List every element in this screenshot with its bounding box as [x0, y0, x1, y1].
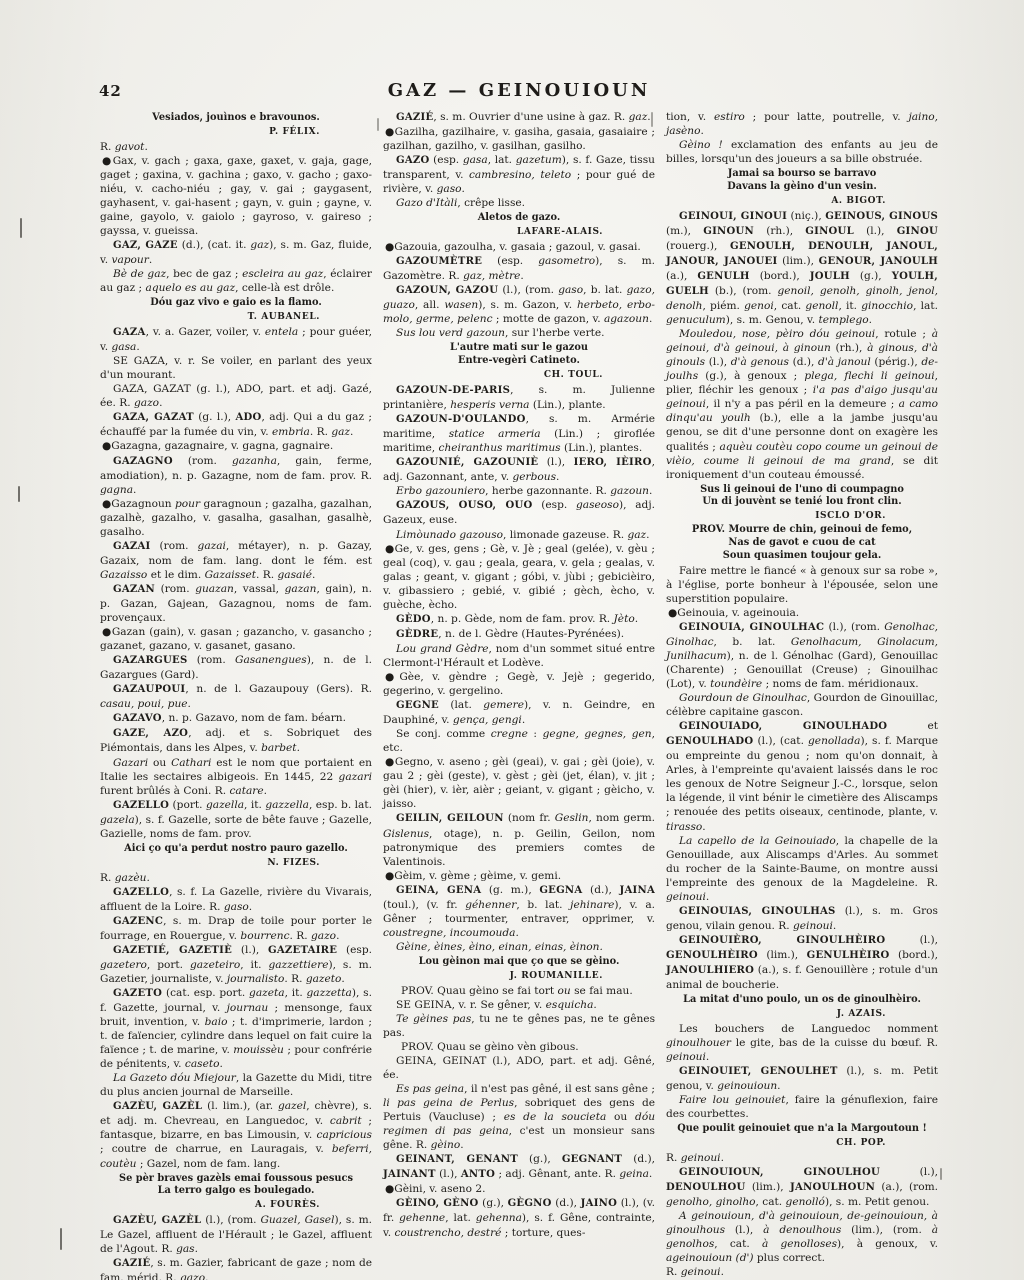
dictionary-entry: GAZO (esp. gasa, lat. gazetum), s. f. Ga… [383, 153, 655, 196]
author-attribution: A. BIGOT. [666, 195, 938, 207]
dictionary-entry: Gèino ! exclamation des enfants au jeu d… [666, 138, 938, 166]
verse-line: Se pèr braves gazèls emai foussous pesuc… [100, 1173, 372, 1186]
dictionary-entry: A geinouioun, d'à geinouioun, de-geinoui… [666, 1209, 938, 1265]
dictionary-entry: Erbo gazouniero, herbe gazonnante. R. ga… [383, 484, 655, 498]
dictionary-entry: GAZELLO (port. gazella, it. gazzella, es… [100, 798, 372, 841]
author-attribution: CH. TOUL. [383, 369, 655, 381]
dictionary-entry: GAZENC, s. m. Drap de toile pour porter … [100, 914, 372, 943]
verse-quotation: Que poulit geinouiet que n'a la Margouto… [666, 1123, 938, 1136]
dictionary-entry: Mouledou, nose, pèiro dóu geinoui, rotul… [666, 327, 938, 482]
dictionary-entry: GAZOUN, GAZOU (l.), (rom. gaso, b. lat. … [383, 283, 655, 326]
paragraph: tion, v. estiro ; pour latte, poutrelle,… [666, 110, 938, 138]
cross-reference-list: ●Gax, v. gach ; gaxa, gaxe, gaxet, v. ga… [100, 154, 372, 238]
verse-line: Aletos de gazo. [383, 212, 655, 225]
dictionary-entry: GAZOUS, OUSO, OUO (esp. gaseoso), adj. G… [383, 498, 655, 527]
verse-quotation: PROV. Mourre de chin, geinoui de femo,Na… [666, 524, 938, 562]
verse-quotation: Se pèr braves gazèls emai foussous pesuc… [100, 1173, 372, 1199]
cross-reference-list: ●Geinouia, v. ageinouia. [666, 606, 938, 620]
verse-line: Davans la gèino d'un vesin. [666, 181, 938, 194]
dictionary-entry: GAZIÉ, s. m. Gazier, fabricant de gaze ;… [100, 1256, 372, 1280]
verse-line: Aici ço qu'a perdut nostro pauro gazello… [100, 843, 372, 856]
dictionary-entry: Limòunado gazouso, limonade gazeuse. R. … [383, 528, 655, 542]
cross-reference-list: ●Gazagnoun pour garagnoun ; gazalha, gaz… [100, 497, 372, 539]
dictionary-entry: Gèine, èines, èino, einan, einas, èinon. [383, 940, 655, 954]
dictionary-entry: GÈINO, GÈNO (g.), GÈGNO (d.), JAINO (l.)… [383, 1196, 655, 1239]
scan-artifact-mark [940, 1168, 942, 1180]
text-column-3: tion, v. estiro ; pour latte, poutrelle,… [666, 110, 938, 1280]
dictionary-entry: GAZE, AZO, adj. et s. Sobriquet des Piém… [100, 726, 372, 755]
dictionary-entry: Gourdoun de Ginoulhac, Gourdon de Ginoui… [666, 691, 938, 719]
dictionary-entry: Te gèines pas, tu ne te gênes pas, ne te… [383, 1012, 655, 1040]
dictionary-entry: Les bouchers de Languedoc nomment ginoul… [666, 1022, 938, 1064]
dictionary-entry: GEINOUIET, GENOULHET (l.), s. m. Petit g… [666, 1064, 938, 1093]
dictionary-entry: GAZOUN-DE-PARIS, s. m. Julienne printani… [383, 383, 655, 412]
verse-quotation: Aici ço qu'a perdut nostro pauro gazello… [100, 843, 372, 856]
verse-line: Jamai sa bourso se barravo [666, 168, 938, 181]
paragraph: R. geinoui. [666, 1151, 938, 1165]
cross-reference-list: ●Gegno, v. aseno ; gèi (geai), v. gai ; … [383, 755, 655, 811]
cross-reference-list: ●Gèini, v. aseno 2. [383, 1182, 655, 1196]
dictionary-entry: GEINA, GEINAT (l.), ADO, part. et adj. G… [383, 1054, 655, 1082]
dictionary-entry: GEINOUIOUN, GINOULHOU (l.), DENOULHOU (l… [666, 1165, 938, 1209]
cross-reference-list: ●Ge, v. ges, gens ; Gè, v. Jè ; geal (ge… [383, 542, 655, 612]
dictionary-entry: Gazari ou Cathari est le nom que portaie… [100, 756, 372, 798]
verse-quotation: Sus li geinoui de l'uno di coumpagnoUn d… [666, 484, 938, 510]
dictionary-entry: GAZARGUES (rom. Gasanengues), n. de l. G… [100, 653, 372, 682]
dictionary-entry: GÈDO, n. p. Gède, nom de fam. prov. R. J… [383, 612, 655, 627]
verse-quotation: Jamai sa bourso se barravoDavans la gèin… [666, 168, 938, 194]
dictionary-entry: GEINOUIAS, GINOULHAS (l.), s. m. Gros ge… [666, 904, 938, 933]
cross-reference-list: ●Gazan (gain), v. gasan ; gazancho, v. g… [100, 625, 372, 653]
author-attribution: P. FÉLIX. [100, 126, 372, 138]
running-head: GAZ — GEINOUIOUN [100, 80, 938, 101]
dictionary-entry: GAZAN (rom. guazan, vassal, gazan, gain)… [100, 582, 372, 625]
dictionary-entry: SE GEINA, v. r. Se gêner, v. esquicha. [383, 998, 655, 1012]
dictionary-entry: GEGNE (lat. gemere), v. n. Geindre, en D… [383, 698, 655, 727]
dictionary-entry: GAZAVO, n. p. Gazavo, nom de fam. béarn. [100, 711, 372, 726]
dictionary-entry: GEINOUIÈRO, GINOULHÈIRO (l.), GENOULHÈIR… [666, 933, 938, 992]
dictionary-entry: GAZÈU, GAZÈL (l. lim.), (ar. gazel, chèv… [100, 1099, 372, 1170]
verse-line: Sus li geinoui de l'uno di coumpagno [666, 484, 938, 497]
dictionary-entry: Gazo d'Itàli, crêpe lisse. [383, 196, 655, 210]
dictionary-entry: GAZETIÉ, GAZETIÈ (l.), GAZETAIRE (esp. g… [100, 943, 372, 986]
verse-quotation: L'autre mati sur le gazouEntre-vegèri Ca… [383, 342, 655, 368]
dictionary-entry: GAZOUN-D'OULANDO, s. m. Armérie maritime… [383, 412, 655, 455]
verse-line: Entre-vegèri Catineto. [383, 355, 655, 368]
proverb-line: PROV. Quau se gèino vèn gibous. [383, 1040, 655, 1054]
cross-reference-list: ●Gèim, v. gème ; gèime, v. gemi. [383, 869, 655, 883]
dictionary-entry: Faire mettre le fiancé « à genoux sur sa… [666, 564, 938, 606]
verse-line: Vesiados, jouìnos e bravounos. [100, 112, 372, 125]
verse-line: PROV. Mourre de chin, geinoui de femo, [666, 524, 938, 537]
text-column-2: GAZIÉ, s. m. Ouvrier d'une usine à gaz. … [383, 110, 655, 1280]
dictionary-entry: GEINOUI, GINOUI (niç.), GEINOUS, GINOUS … [666, 209, 938, 327]
verse-line: L'autre mati sur le gazou [383, 342, 655, 355]
dictionary-entry: GAZAGNO (rom. gazanha, gain, ferme, amod… [100, 454, 372, 497]
verse-quotation: Lou gèinon mai que ço que se gèino. [383, 956, 655, 969]
proverb-line: PROV. Quau gèino se fai tort ou se fai m… [383, 984, 655, 998]
dictionary-entry: GAZELLO, s. f. La Gazelle, rivière du Vi… [100, 885, 372, 914]
dictionary-entry: La capello de la Geinouiado, la chapelle… [666, 834, 938, 904]
dictionary-entry: GAZA, GAZAT (g. l.), ADO, part. et adj. … [100, 382, 372, 410]
dictionary-entry: GAZIÉ, s. m. Ouvrier d'une usine à gaz. … [383, 110, 655, 125]
dictionary-entry: GAZOUNIÉ, GAZOUNIÈ (l.), IERO, IÈIRO, ad… [383, 455, 655, 484]
author-attribution: ISCLO D'OR. [666, 510, 938, 522]
dictionary-entry: Bè de gaz, bec de gaz ; escleira au gaz,… [100, 267, 372, 295]
verse-line: Nas de gavot e cuou de cat [666, 537, 938, 550]
verse-line: Soun quasimen toujour gela. [666, 550, 938, 563]
dictionary-entry: GAZA, v. a. Gazer, voiler, v. entela ; p… [100, 325, 372, 354]
cross-reference-list: ●Gèe, v. gèndre ; Gegè, v. Jejè ; gegeri… [383, 670, 655, 698]
scan-artifact-mark [60, 1228, 62, 1250]
author-attribution: J. AZAIS. [666, 1008, 938, 1020]
dictionary-entry: GAZÈU, GAZÈL (l.), (rom. Guazel, Gasel),… [100, 1213, 372, 1256]
scan-artifact-mark [377, 118, 379, 131]
author-attribution: J. ROUMANILLE. [383, 970, 655, 982]
dictionary-entry: GAZETO (cat. esp. port. gazeta, it. gazz… [100, 986, 372, 1071]
dictionary-entry: La Gazeto dóu Miejour, la Gazette du Mid… [100, 1071, 372, 1099]
paragraph: R. gazèu. [100, 871, 372, 885]
paragraph: R. geinoui. [666, 1265, 938, 1279]
dictionary-entry: GEINANT, GENANT (g.), GEGNANT (d.), JAIN… [383, 1152, 655, 1182]
verse-quotation: La mitat d'uno poulo, un os de ginoulhèi… [666, 994, 938, 1007]
cross-reference-list: ●Gazilha, gazilhaire, v. gasiha, gasaia,… [383, 125, 655, 153]
dictionary-entry: SE GAZA, v. r. Se voiler, en parlant des… [100, 354, 372, 382]
scan-artifact-mark [651, 112, 653, 127]
scanned-dictionary-page: 42 GAZ — GEINOUIOUN Vesiados, jouìnos e … [0, 0, 1024, 1280]
dictionary-entry: Es pas geina, il n'est pas gêné, il est … [383, 1082, 655, 1152]
dictionary-entry: GEINA, GENA (g. m.), GEGNA (d.), JAINA (… [383, 883, 655, 940]
dictionary-entry: Se conj. comme cregne : gegne, gegnes, g… [383, 727, 655, 755]
verse-quotation: Aletos de gazo. [383, 212, 655, 225]
verse-line: La mitat d'uno poulo, un os de ginoulhèi… [666, 994, 938, 1007]
dictionary-entry: Lou grand Gèdre, nom d'un sommet situé e… [383, 642, 655, 670]
author-attribution: LAFARE-ALAIS. [383, 226, 655, 238]
dictionary-entry: GAZAI (rom. gazai, métayer), n. p. Gazay… [100, 539, 372, 582]
author-attribution: T. AUBANEL. [100, 311, 372, 323]
scan-artifact-mark [20, 218, 22, 238]
author-attribution: A. FOURÈS. [100, 1199, 372, 1211]
verse-line: Lou gèinon mai que ço que se gèino. [383, 956, 655, 969]
verse-line: Que poulit geinouiet que n'a la Margouto… [666, 1123, 938, 1136]
dictionary-entry: GAZ, GAZE (d.), (cat. it. gaz), s. m. Ga… [100, 238, 372, 267]
dictionary-entry: GAZOUMÈTRE (esp. gasometro), s. m. Gazom… [383, 254, 655, 283]
cross-reference-list: ●Gazouia, gazoulha, v. gasaia ; gazoul, … [383, 240, 655, 254]
author-attribution: CH. POP. [666, 1137, 938, 1149]
dictionary-entry: Sus lou verd gazoun, sur l'herbe verte. [383, 326, 655, 340]
verse-line: La terro galgo es boulegado. [100, 1185, 372, 1198]
cross-reference-list: ●Gazagna, gazagnaire, v. gagna, gagnaire… [100, 439, 372, 453]
text-column-1: Vesiados, jouìnos e bravounos.P. FÉLIX.R… [100, 110, 372, 1280]
dictionary-entry: Faire lou geinouiet, faire la génuflexio… [666, 1093, 938, 1121]
dictionary-entry: GAZA, GAZAT (g. l.), ADO, adj. Qui a du … [100, 410, 372, 439]
verse-quotation: Vesiados, jouìnos e bravounos. [100, 112, 372, 125]
dictionary-entry: GÈDRE, n. de l. Gèdre (Hautes-Pyrénées). [383, 627, 655, 642]
page-content: Vesiados, jouìnos e bravounos.P. FÉLIX.R… [100, 110, 938, 1280]
scan-artifact-mark [18, 486, 20, 502]
verse-line: Dóu gaz vivo e gaio es la flamo. [100, 297, 372, 310]
dictionary-entry: GAZAUPOUI, n. de l. Gazaupouy (Gers). R.… [100, 682, 372, 711]
verse-quotation: Dóu gaz vivo e gaio es la flamo. [100, 297, 372, 310]
dictionary-entry: GEINOUIA, GINOULHAC (l.), (rom. Genolhac… [666, 620, 938, 691]
verse-line: Un di jouvènt se tenié lou front clin. [666, 496, 938, 509]
paragraph: R. gavot. [100, 140, 372, 154]
dictionary-entry: GEINOUIADO, GINOULHADO et GENOULHADO (l.… [666, 719, 938, 833]
author-attribution: N. FIZES. [100, 857, 372, 869]
dictionary-entry: GEILIN, GEILOUN (nom fr. Geslin, nom ger… [383, 811, 655, 868]
